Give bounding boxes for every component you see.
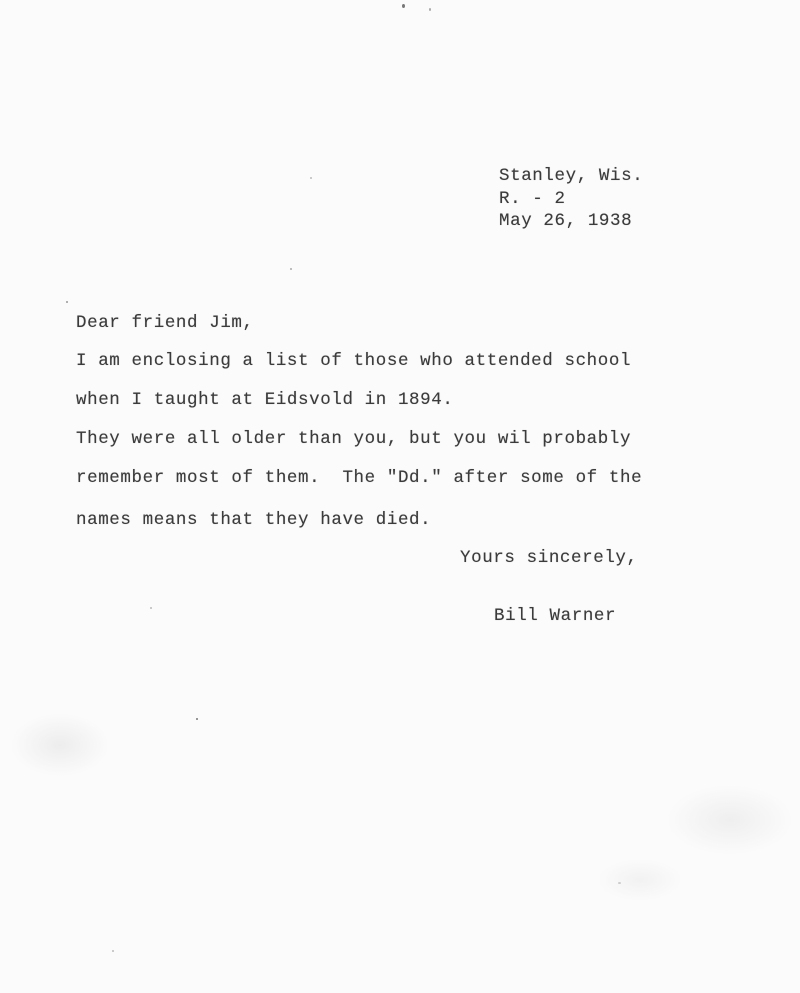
signature: Bill Warner (494, 606, 616, 626)
body-line: remember most of them. The "Dd." after s… (76, 468, 642, 488)
body-line: They were all older than you, but you wi… (76, 429, 631, 449)
body-line: when I taught at Eidsvold in 1894. (76, 390, 453, 410)
paper-speck (150, 607, 152, 609)
body-line: I am enclosing a list of those who atten… (76, 351, 631, 371)
body-line: names means that they have died. (76, 510, 431, 530)
paper-speck (402, 4, 405, 8)
paper-speck (290, 268, 292, 270)
address-line-route: R. - 2 (499, 189, 566, 209)
letter-page: Stanley, Wis. R. - 2 May 26, 1938 Dear f… (0, 0, 800, 993)
paper-speck (196, 718, 198, 720)
letter-date: May 26, 1938 (499, 211, 632, 231)
paper-speck (618, 882, 621, 884)
paper-speck (66, 301, 68, 303)
salutation: Dear friend Jim, (76, 313, 254, 333)
address-line-city: Stanley, Wis. (499, 166, 643, 186)
closing: Yours sincerely, (460, 548, 638, 568)
paper-speck (429, 8, 431, 11)
paper-speck (112, 950, 114, 952)
paper-speck (310, 177, 312, 179)
